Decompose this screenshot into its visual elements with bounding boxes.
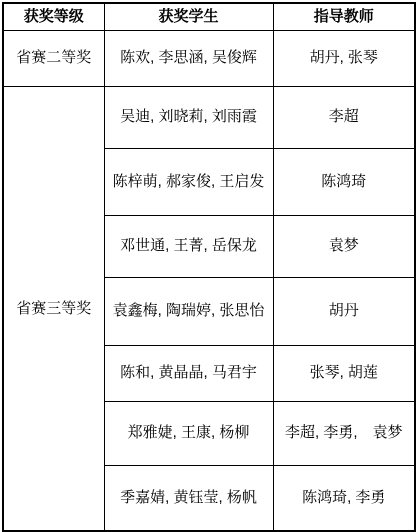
students-cell: 吴迪, 刘晓莉, 刘雨霞	[104, 86, 273, 148]
students-cell: 陈欢, 李思涵, 吴俊辉	[104, 30, 273, 86]
header-row: 获奖等级 获奖学生 指导教师	[3, 3, 415, 30]
students-cell: 邓世通, 王菁, 岳保龙	[104, 215, 273, 277]
teachers-cell: 张琴, 胡莲	[273, 345, 415, 401]
header-cell-award-level: 获奖等级	[3, 3, 104, 30]
students-cell: 郑雅婕, 王康, 杨柳	[104, 401, 273, 465]
teachers-cell: 胡丹	[273, 277, 415, 345]
award-level-cell: 省赛三等奖	[3, 86, 104, 531]
students-cell: 陈和, 黄晶晶, 马君宇	[104, 345, 273, 401]
awards-table: 获奖等级 获奖学生 指导教师 省赛二等奖 陈欢, 李思涵, 吴俊辉 胡丹, 张琴…	[2, 2, 416, 532]
teachers-cell: 陈鸿琦	[273, 148, 415, 215]
table-row: 省赛三等奖 吴迪, 刘晓莉, 刘雨霞 李超	[3, 86, 415, 148]
header-cell-teachers: 指导教师	[273, 3, 415, 30]
page: 获奖等级 获奖学生 指导教师 省赛二等奖 陈欢, 李思涵, 吴俊辉 胡丹, 张琴…	[0, 0, 416, 532]
students-cell: 袁鑫梅, 陶瑞婷, 张思怡	[104, 277, 273, 345]
award-level-cell: 省赛二等奖	[3, 30, 104, 86]
header-cell-students: 获奖学生	[104, 3, 273, 30]
teachers-cell: 胡丹, 张琴	[273, 30, 415, 86]
teachers-cell: 陈鸿琦, 李勇	[273, 465, 415, 531]
table-row: 省赛二等奖 陈欢, 李思涵, 吴俊辉 胡丹, 张琴	[3, 30, 415, 86]
students-cell: 陈梓萌, 郝家俊, 王启发	[104, 148, 273, 215]
students-cell: 季嘉婧, 黄钰莹, 杨帆	[104, 465, 273, 531]
teachers-cell: 袁梦	[273, 215, 415, 277]
teachers-cell: 李超	[273, 86, 415, 148]
teachers-cell: 李超, 李勇, 袁梦	[273, 401, 415, 465]
